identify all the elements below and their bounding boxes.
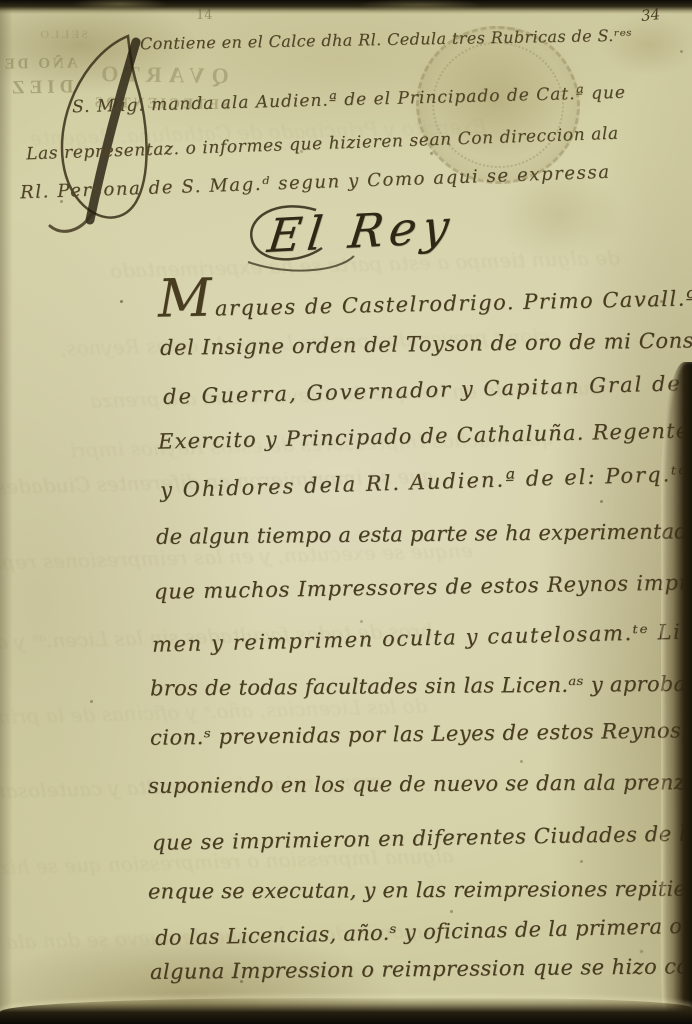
binding-edge	[661, 362, 692, 1024]
manuscript-line: suponiendo en los que de nuevo se dan al…	[148, 770, 692, 798]
page-top-edge	[0, 0, 692, 14]
calligraphic-rubric	[32, 24, 182, 239]
page-left-edge	[0, 0, 14, 1024]
el-rey-heading: El Rey	[265, 199, 458, 263]
page-bottom-edge	[0, 998, 692, 1024]
manuscript-scan: de algun tiempo a esta parte se ha exper…	[0, 0, 692, 1024]
manuscript-line: enque se executan, y en las reimpresione…	[148, 877, 692, 904]
manuscript-line: bros de todas facultades sin las Licen.ᵃ…	[150, 672, 692, 701]
